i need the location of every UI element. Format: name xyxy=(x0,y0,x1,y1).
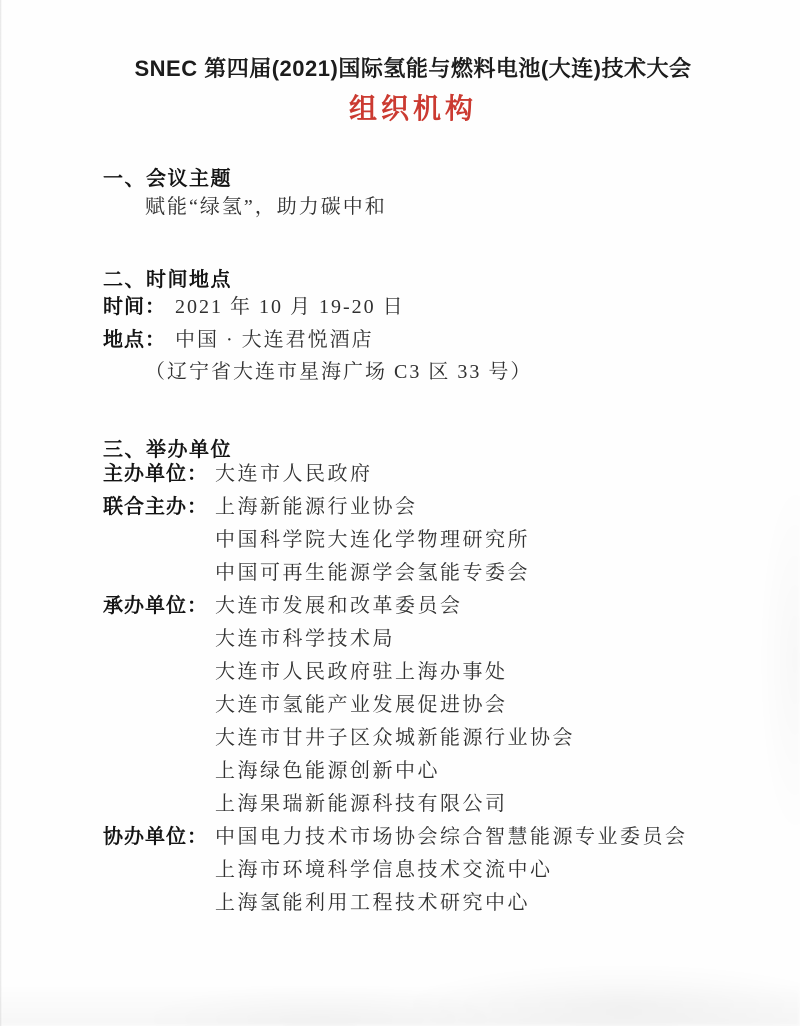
supporter-list: 中国电力技术市场协会综合智慧能源专业委员会 上海市环境科学信息技术交流中心 上海… xyxy=(215,821,688,920)
supporter-label: 协办单位： xyxy=(103,821,215,854)
venue-value: 中国 · 大连君悦酒店 xyxy=(175,324,374,357)
cohost-list: 上海新能源行业协会 中国科学院大连化学物理研究所 中国可再生能源学会氢能专委会 xyxy=(215,491,530,590)
organizer-item: 上海绿色能源创新中心 xyxy=(215,755,575,788)
organizer-item: 上海果瑞新能源科技有限公司 xyxy=(215,788,575,821)
organizer-item: 大连市甘井子区众城新能源行业协会 xyxy=(215,722,575,755)
scanned-document-page: SNEC 第四届(2021)国际氢能与燃料电池(大连)技术大会 组织机构 一、会… xyxy=(0,0,800,1026)
section-2-heading: 二、时间地点 xyxy=(103,263,232,292)
organizer-label: 承办单位： xyxy=(103,590,215,623)
time-value: 2021 年 10 月 19-20 日 xyxy=(175,291,405,324)
host-row: 主办单位： 大连市人民政府 xyxy=(103,458,373,491)
cohost-item: 中国可再生能源学会氢能专委会 xyxy=(215,557,530,590)
cohost-item: 上海新能源行业协会 xyxy=(215,491,530,524)
cohost-item: 中国科学院大连化学物理研究所 xyxy=(215,524,530,557)
supporter-row: 协办单位： 中国电力技术市场协会综合智慧能源专业委员会 上海市环境科学信息技术交… xyxy=(103,821,688,920)
section-1-heading: 一、会议主题 xyxy=(103,162,232,191)
host-list: 大连市人民政府 xyxy=(215,458,373,491)
supporter-item: 上海市环境科学信息技术交流中心 xyxy=(215,854,688,887)
document-subtitle: 组织机构 xyxy=(13,87,800,127)
venue-address: （辽宁省大连市星海广场 C3 区 33 号） xyxy=(145,356,532,389)
time-row: 时间： 2021 年 10 月 19-20 日 xyxy=(103,291,405,324)
organizer-row: 承办单位： 大连市发展和改革委员会 大连市科学技术局 大连市人民政府驻上海办事处… xyxy=(103,590,575,821)
organizer-item: 大连市人民政府驻上海办事处 xyxy=(215,656,575,689)
scan-edge-artifact xyxy=(0,0,2,1026)
document-title: SNEC 第四届(2021)国际氢能与燃料电池(大连)技术大会 xyxy=(13,52,800,83)
venue-row: 地点： 中国 · 大连君悦酒店 xyxy=(103,324,374,357)
organizer-item: 大连市科学技术局 xyxy=(215,623,575,656)
cohost-row: 联合主办： 上海新能源行业协会 中国科学院大连化学物理研究所 中国可再生能源学会… xyxy=(103,491,530,590)
organizer-item: 大连市发展和改革委员会 xyxy=(215,590,575,623)
cohost-label: 联合主办： xyxy=(103,491,215,524)
supporter-item: 上海氢能利用工程技术研究中心 xyxy=(215,887,688,920)
host-label: 主办单位： xyxy=(103,458,215,491)
supporter-item: 中国电力技术市场协会综合智慧能源专业委员会 xyxy=(215,821,688,854)
host-item: 大连市人民政府 xyxy=(215,458,373,491)
organizer-list: 大连市发展和改革委员会 大连市科学技术局 大连市人民政府驻上海办事处 大连市氢能… xyxy=(215,590,575,821)
venue-label: 地点： xyxy=(103,324,166,357)
time-label: 时间： xyxy=(103,291,166,324)
conference-theme-text: 赋能“绿氢”，助力碳中和 xyxy=(145,191,387,224)
organizer-item: 大连市氢能产业发展促进协会 xyxy=(215,689,575,722)
scan-noise-right xyxy=(710,380,800,940)
